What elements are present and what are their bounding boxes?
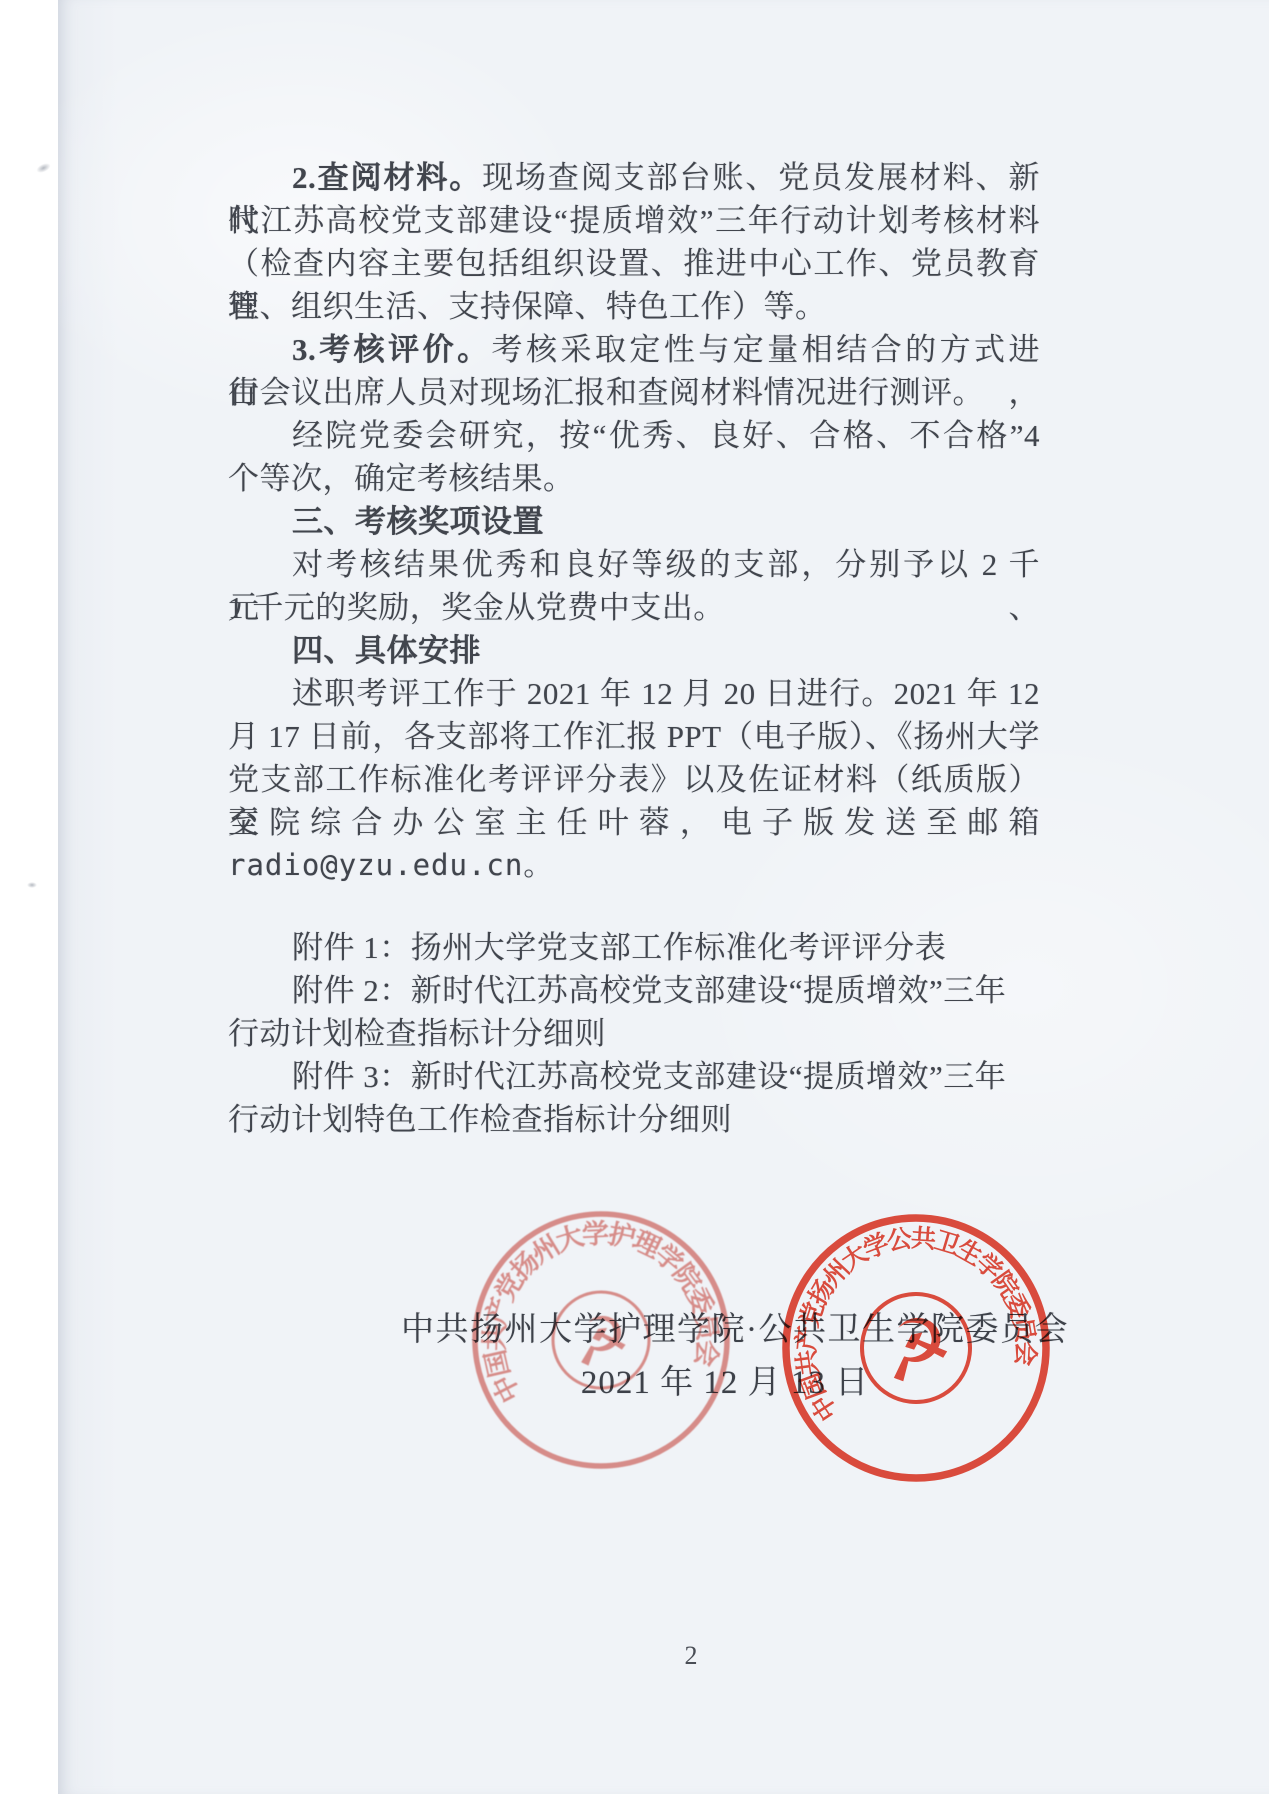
text-line: 附件 1：扬州大学党支部工作标准化考评评分表 bbox=[228, 926, 1040, 969]
scanned-document-page: 2.查阅材料。现场查阅支部台账、党员发展材料、新时代江苏高校党支部建设“提质增效… bbox=[0, 0, 1269, 1794]
text-line: 附件 3：新时代江苏高校党支部建设“提质增效”三年 bbox=[228, 1055, 1040, 1098]
text-line: 理、组织生活、支持保障、特色工作）等。 bbox=[228, 285, 1040, 328]
text-line: 3.考核评价。考核采取定性与定量相结合的方式进行， bbox=[228, 328, 1040, 371]
text-line: 2.查阅材料。现场查阅支部台账、党员发展材料、新时 bbox=[228, 156, 1040, 199]
text-line: 月 17 日前，各支部将工作汇报 PPT（电子版）、《扬州大学 bbox=[228, 715, 1040, 758]
committee-signature: 中共扬州大学护理学院·公共卫生学院委员会 bbox=[340, 1303, 1130, 1350]
signature-date: 2021 年 12 月 13 日 bbox=[330, 1356, 1120, 1403]
text-line: 行动计划特色工作检查指标计分细则 bbox=[228, 1098, 1040, 1141]
text-line: 附件 2：新时代江苏高校党支部建设“提质增效”三年 bbox=[228, 969, 1040, 1012]
text-line: 个等次，确定考核结果。 bbox=[228, 457, 1040, 500]
document-body: 2.查阅材料。现场查阅支部台账、党员发展材料、新时代江苏高校党支部建设“提质增效… bbox=[228, 156, 1040, 1141]
text-line: 四、具体安排 bbox=[228, 629, 1040, 672]
text-line: （检查内容主要包括组织设置、推进中心工作、党员教育管 bbox=[228, 242, 1040, 285]
text-line: 述职考评工作于 2021 年 12 月 20 日进行。2021 年 12 bbox=[228, 672, 1040, 715]
text-line: 经院党委会研究，按“优秀、良好、合格、不合格”4 bbox=[228, 414, 1040, 457]
text-line: radio@yzu.edu.cn。 bbox=[228, 844, 1040, 887]
text-line: 代江苏高校党支部建设“提质增效”三年行动计划考核材料 bbox=[228, 199, 1040, 242]
text-line: 行动计划检查指标计分细则 bbox=[228, 1012, 1040, 1055]
text-line: 党支部工作标准化考评评分表》以及佐证材料（纸质版）交 bbox=[228, 758, 1040, 801]
text-line: 由会议出席人员对现场汇报和查阅材料情况进行测评。 bbox=[228, 371, 1040, 414]
text-line: 至院综合办公室主任叶蓉，电子版发送至邮箱 bbox=[228, 801, 1040, 844]
text-line: 对考核结果优秀和良好等级的支部，分别予以 2 千元、 bbox=[228, 543, 1040, 586]
text-line: 三、考核奖项设置 bbox=[228, 500, 1040, 543]
page-number: 2 bbox=[561, 1641, 821, 1671]
